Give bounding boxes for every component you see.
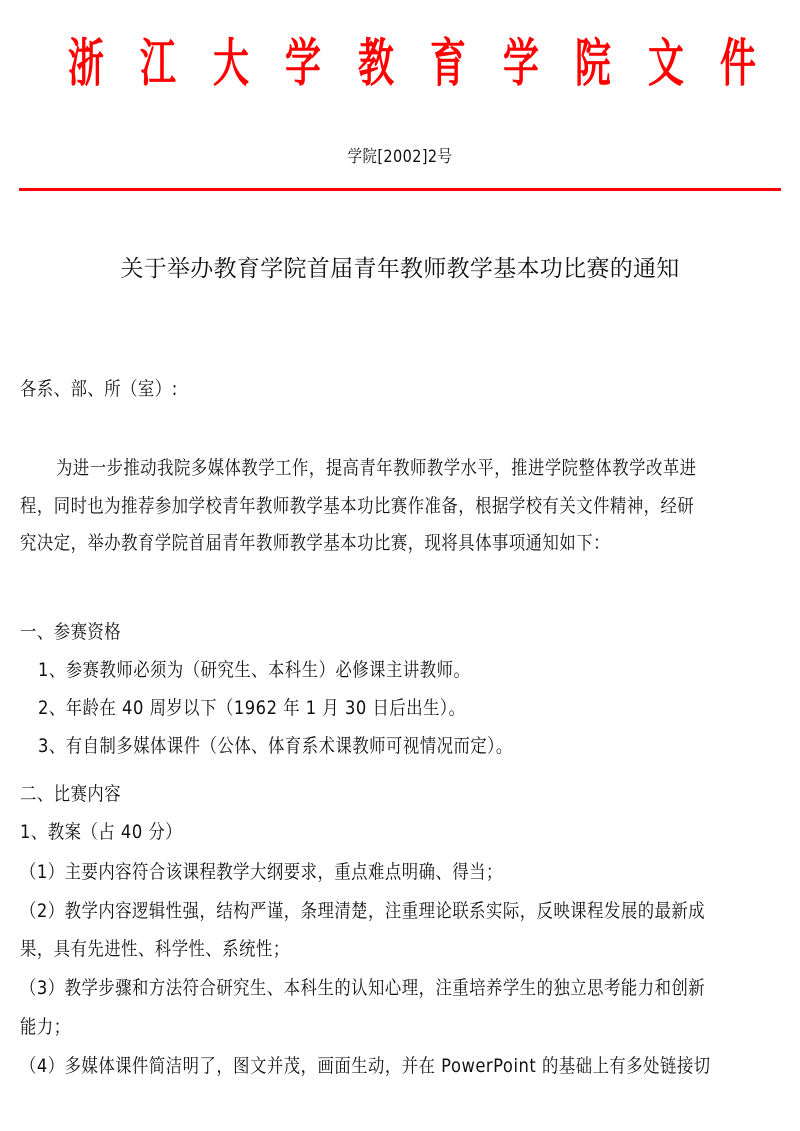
eligibility-item: 3、有自制多媒体课件（公体、体育系术课教师可视情况而定）。: [38, 732, 692, 760]
intro-line: 究决定，举办教育学院首届青年教师教学基本功比赛，现将具体事项通知如下：: [20, 529, 674, 557]
criteria-line: 果，具有先进性、科学性、系统性；: [20, 935, 674, 963]
eligibility-item: 1、参赛教师必须为（研究生、本科生）必修课主讲教师。: [38, 656, 692, 684]
criteria-line: （4）多媒体课件简洁明了，图文并茂，画面生动，并在 PowerPoint 的基础…: [20, 1052, 674, 1080]
subsection-heading-lesson-plan: 1、教案（占 40 分）: [20, 818, 674, 846]
criteria-line: （1）主要内容符合该课程教学大纲要求，重点难点明确、得当；: [20, 858, 674, 886]
header-title-char: 大: [204, 26, 257, 100]
header-title-char: 件: [711, 26, 764, 100]
intro-line: 程，同时也为推荐参加学校青年教师教学基本功比赛作准备，根据学校有关文件精神，经研: [20, 492, 674, 520]
document-header-title: 浙 江 大 学 教 育 学 院 文 件: [52, 30, 772, 96]
section-heading-eligibility: 一、参赛资格: [20, 618, 674, 646]
notice-title: 关于举办教育学院首届青年教师教学基本功比赛的通知: [0, 252, 800, 286]
eligibility-item: 2、年龄在 40 周岁以下（1962 年 1 月 30 日后出生）。: [38, 694, 692, 722]
criteria-line: 能力；: [20, 1013, 674, 1041]
header-title-char: 教: [349, 26, 402, 100]
header-title-char: 学: [494, 26, 547, 100]
header-title-char: 文: [639, 26, 692, 100]
document-number: 学院[2002]2号: [60, 144, 740, 170]
section-heading-content: 二、比赛内容: [20, 780, 674, 808]
header-title-char: 育: [422, 26, 475, 100]
salutation: 各系、部、所（室）:: [20, 375, 674, 403]
header-red-divider: [19, 188, 781, 191]
header-title-char: 学: [277, 26, 330, 100]
intro-line: 为进一步推动我院多媒体教学工作，提高青年教师教学水平，推进学院整体教学改革进: [56, 454, 710, 482]
header-title-char: 浙: [59, 26, 112, 100]
header-title-char: 江: [132, 26, 185, 100]
header-title-char: 院: [567, 26, 620, 100]
criteria-line: （2）教学内容逻辑性强，结构严谨，条理清楚，注重理论联系实际，反映课程发展的最新…: [20, 897, 674, 925]
criteria-line: （3）教学步骤和方法符合研究生、本科生的认知心理，注重培养学生的独立思考能力和创…: [20, 974, 674, 1002]
